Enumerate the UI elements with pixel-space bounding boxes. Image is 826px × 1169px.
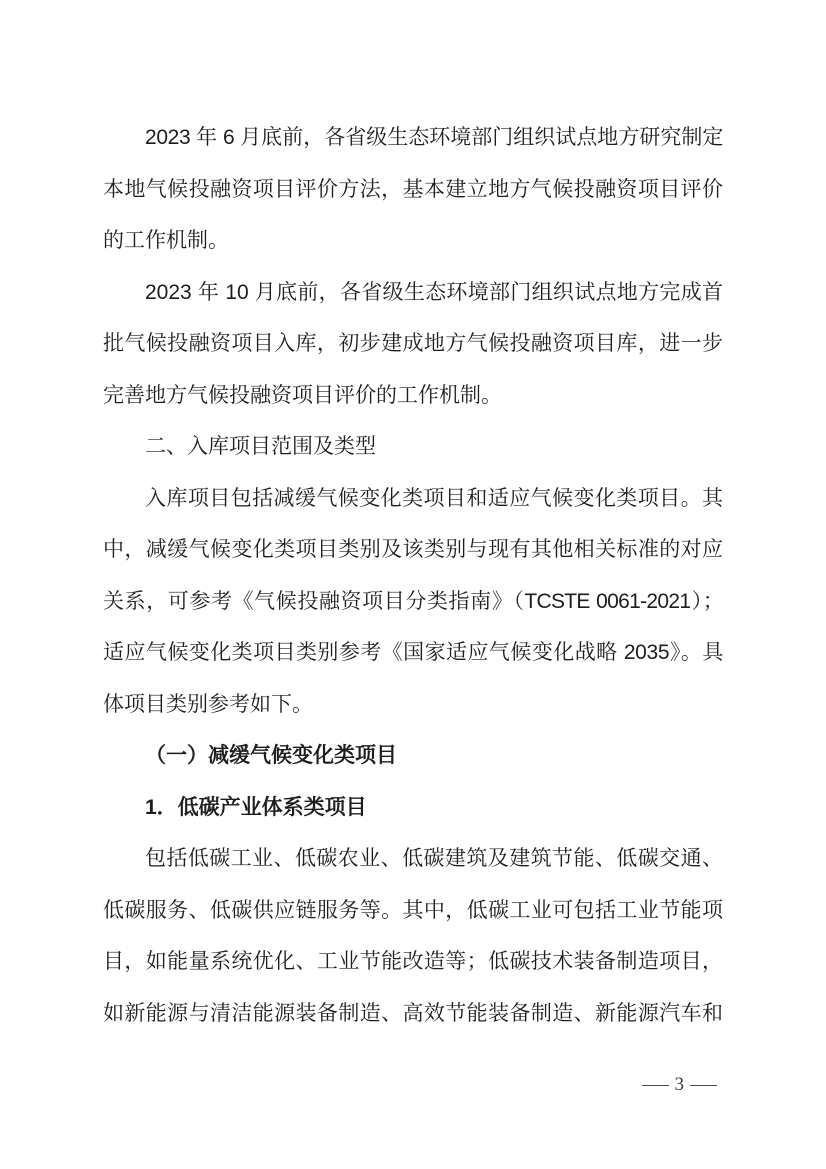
paragraph-line: 批气候投融资项目入库，初步建成地方气候投融资项目库，进一步 — [103, 318, 723, 370]
subsubsection-heading: 1．低碳产业体系类项目 — [103, 782, 723, 834]
page-number-dash-right: — — [690, 1072, 717, 1098]
paragraph-line: 关系，可参考《气候投融资项目分类指南》（TCSTE 0061-2021）； — [103, 576, 723, 628]
paragraph-line: 低碳服务、低碳供应链服务等。其中，低碳工业可包括工业节能项 — [103, 885, 723, 937]
paragraph-line: 本地气候投融资项目评价方法，基本建立地方气候投融资项目评价 — [103, 164, 723, 216]
subsection-heading: （一）减缓气候变化类项目 — [103, 730, 723, 782]
paragraph-line: 体项目类别参考如下。 — [103, 679, 723, 731]
paragraph-line: 包括低碳工业、低碳农业、低碳建筑及建筑节能、低碳交通、 — [103, 833, 723, 885]
paragraph-line: 2023 年 6 月底前，各省级生态环境部门组织试点地方研究制定 — [103, 112, 723, 164]
page-number-value: 3 — [675, 1072, 685, 1098]
paragraph-line: 的工作机制。 — [103, 215, 723, 267]
paragraph-line: 中，减缓气候变化类项目类别及该类别与现有其他相关标准的对应 — [103, 524, 723, 576]
paragraph-line: 目，如能量系统优化、工业节能改造等；低碳技术装备制造项目， — [103, 936, 723, 988]
paragraph-line: 适应气候变化类项目类别参考《国家适应气候变化战略 2035》。具 — [103, 627, 723, 679]
page-number: —3— — [636, 1072, 724, 1098]
paragraph-line: 2023 年 10 月底前，各省级生态环境部门组织试点地方完成首 — [103, 267, 723, 319]
paragraph-line: 完善地方气候投融资项目评价的工作机制。 — [103, 370, 723, 422]
document-page: 2023 年 6 月底前，各省级生态环境部门组织试点地方研究制定 本地气候投融资… — [0, 0, 826, 1169]
document-content: 2023 年 6 月底前，各省级生态环境部门组织试点地方研究制定 本地气候投融资… — [103, 112, 723, 1039]
section-heading: 二、入库项目范围及类型 — [103, 421, 723, 473]
page-number-dash-left: — — [642, 1072, 669, 1098]
paragraph-line: 入库项目包括减缓气候变化类项目和适应气候变化类项目。其 — [103, 473, 723, 525]
paragraph-line: 如新能源与清洁能源装备制造、高效节能装备制造、新能源汽车和 — [103, 988, 723, 1040]
